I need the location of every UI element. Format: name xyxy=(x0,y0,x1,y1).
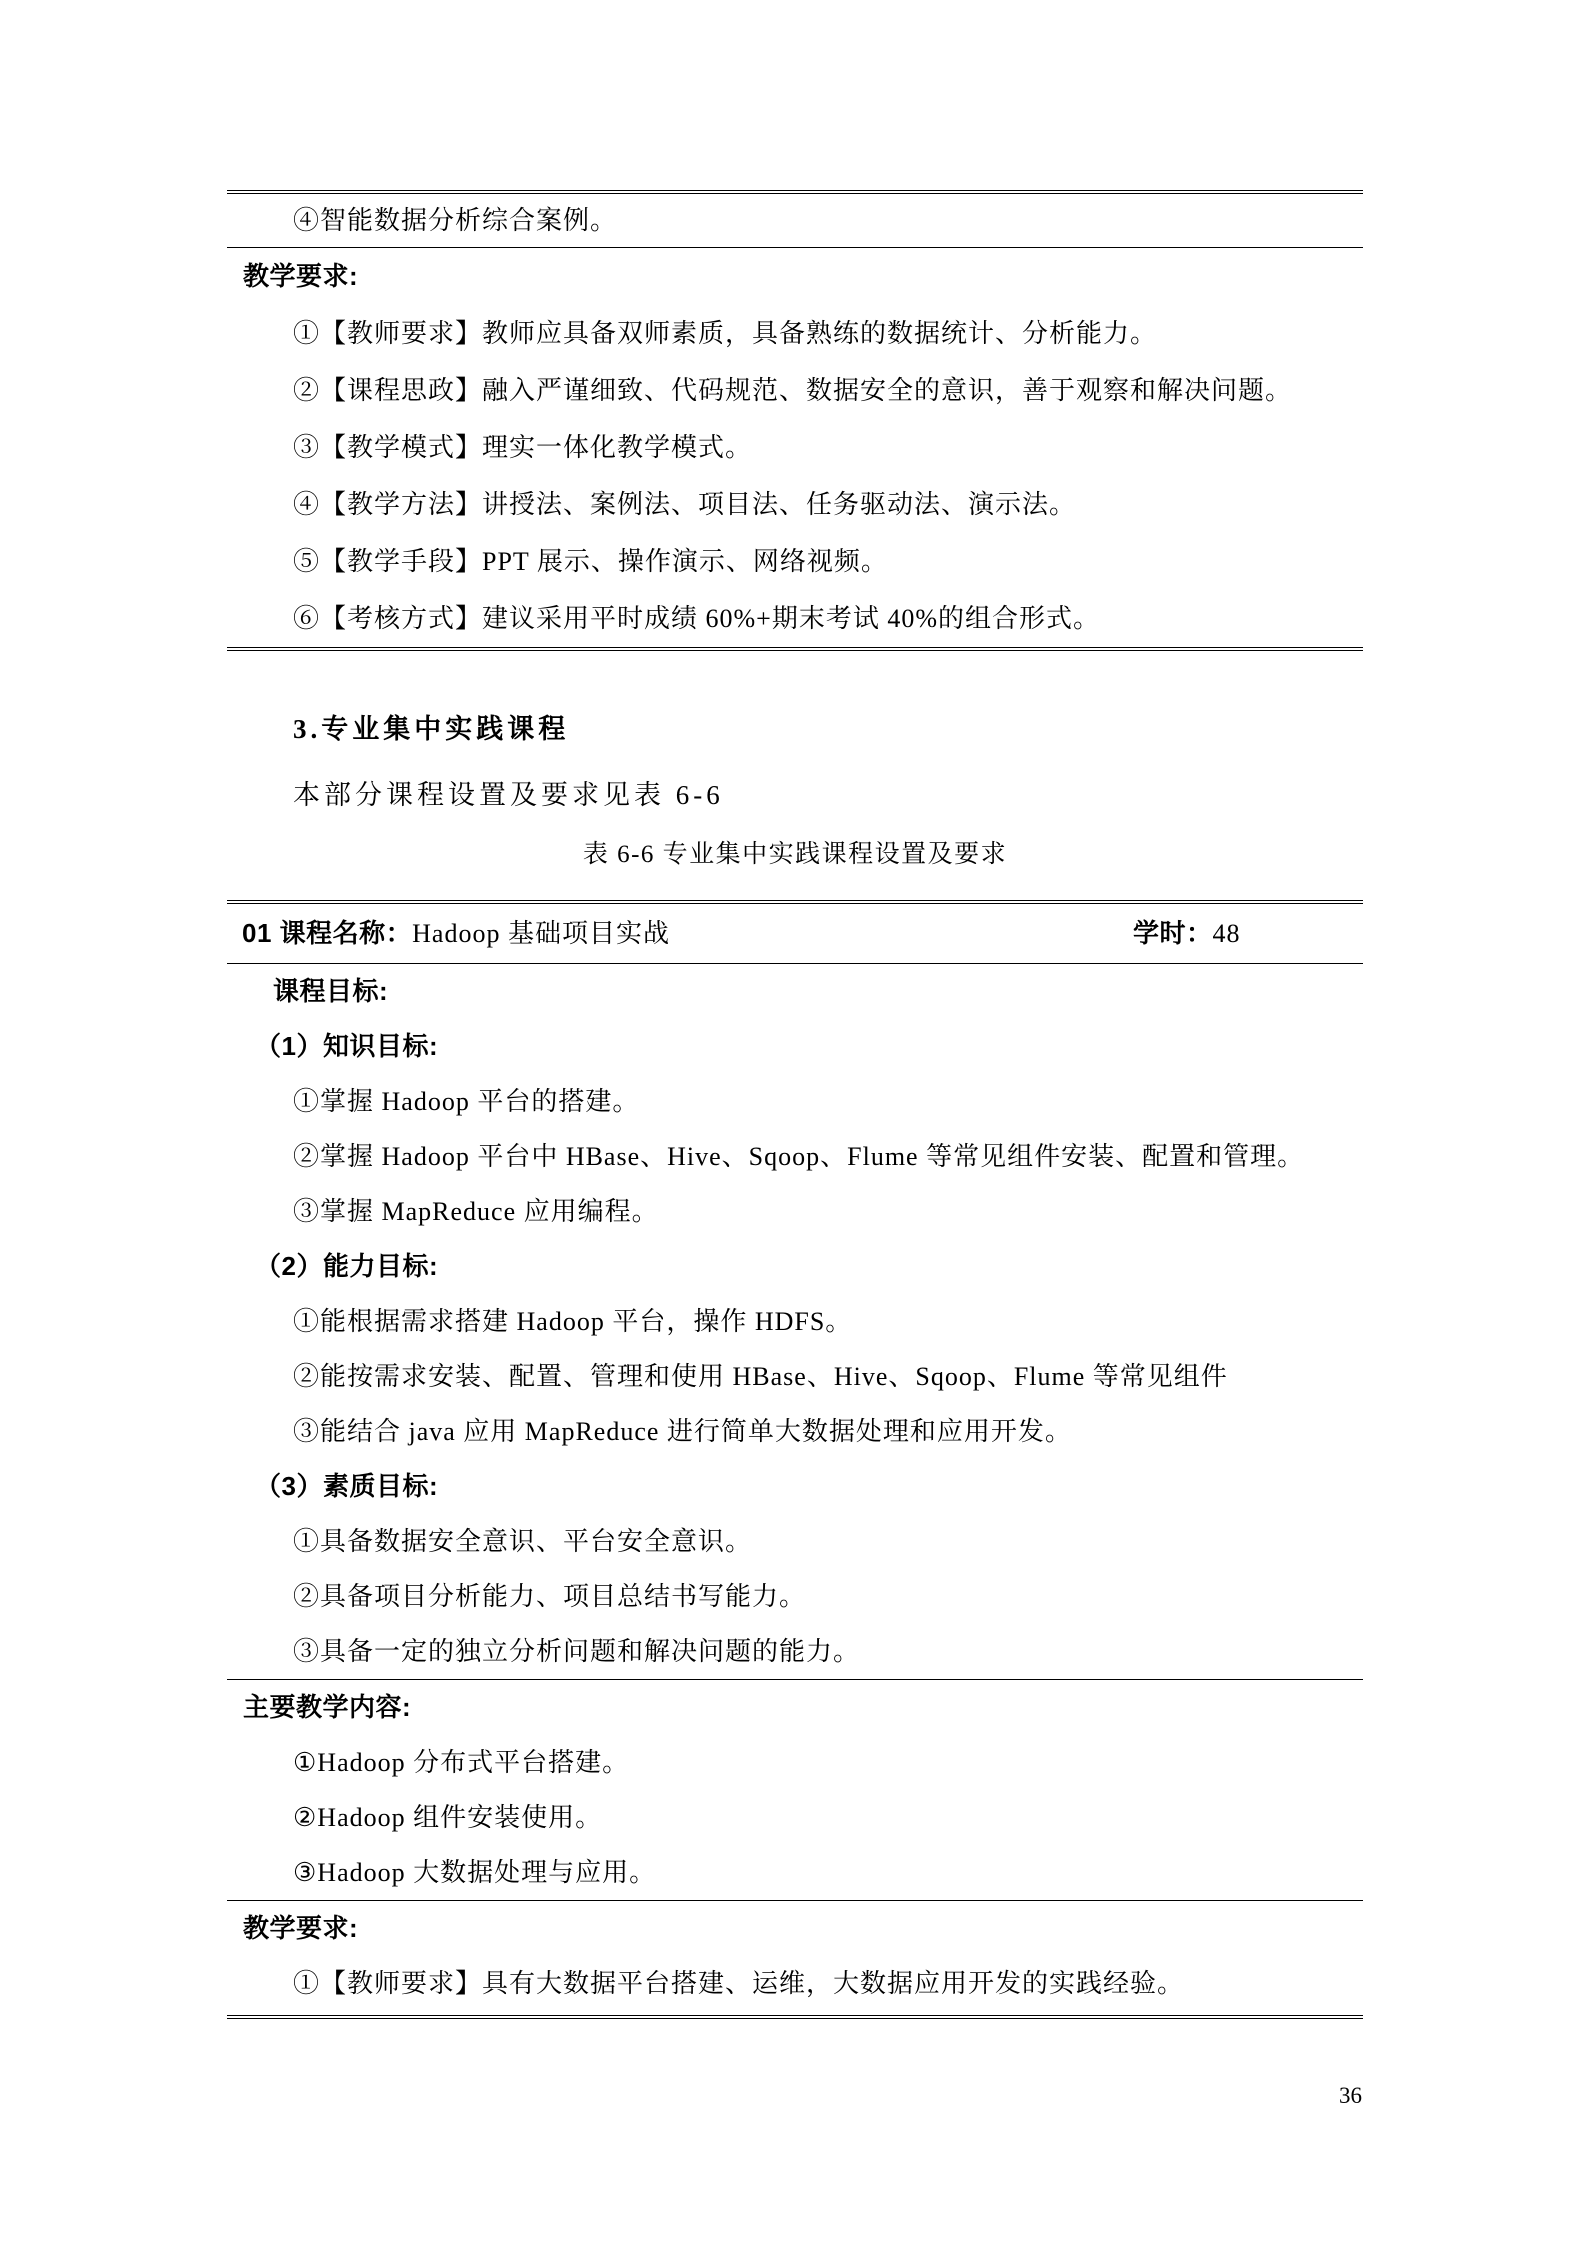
course-objectives-section: 课程目标: （1）知识目标: ①掌握 Hadoop 平台的搭建。 ②掌握 Had… xyxy=(227,964,1363,1679)
hours-value: 48 xyxy=(1213,919,1241,948)
prev-table-teaching-requirements: 教学要求: ①【教师要求】教师应具备双师素质，具备熟练的数据统计、分析能力。 ②… xyxy=(227,248,1363,647)
section-intro: 本部分课程设置及要求见表 6-6 xyxy=(227,774,1363,816)
objective-group-label: （1）知识目标: xyxy=(227,1019,1363,1074)
content-item: ②Hadoop 组件安装使用。 xyxy=(227,1790,1363,1845)
teaching-requirement-item: ②【课程思政】融入严谨细致、代码规范、数据安全的意识，善于观察和解决问题。 xyxy=(227,362,1363,419)
hours-label: 学时： xyxy=(1133,918,1213,948)
objective-item: ②掌握 Hadoop 平台中 HBase、Hive、Sqoop、Flume 等常… xyxy=(227,1129,1363,1184)
objective-item: ①能根据需求搭建 Hadoop 平台，操作 HDFS。 xyxy=(227,1294,1363,1349)
objective-item: ②能按需求安装、配置、管理和使用 HBase、Hive、Sqoop、Flume … xyxy=(227,1349,1363,1404)
page-number: 36 xyxy=(1339,2084,1362,2108)
objective-item: ①掌握 Hadoop 平台的搭建。 xyxy=(227,1074,1363,1129)
document-page: ④智能数据分析综合案例。 教学要求: ①【教师要求】教师应具备双师素质，具备熟练… xyxy=(0,0,1587,2245)
teaching-requirement-item: ①【教师要求】具有大数据平台搭建、运维，大数据应用开发的实践经验。 xyxy=(227,1956,1363,2011)
course-teaching-requirements-section: 教学要求: ①【教师要求】具有大数据平台搭建、运维，大数据应用开发的实践经验。 xyxy=(227,1901,1363,2015)
table-bottom-double-rule xyxy=(227,2015,1363,2019)
prev-table-content-item: ④智能数据分析综合案例。 xyxy=(227,194,1363,247)
teaching-requirements-label: 教学要求: xyxy=(227,1901,1363,1956)
objective-item: ②具备项目分析能力、项目总结书写能力。 xyxy=(227,1569,1363,1624)
objective-item: ③掌握 MapReduce 应用编程。 xyxy=(227,1184,1363,1239)
objectives-label: 课程目标: xyxy=(227,964,1363,1019)
teaching-requirement-item: ①【教师要求】教师应具备双师素质，具备熟练的数据统计、分析能力。 xyxy=(227,305,1363,362)
content-item: ①Hadoop 分布式平台搭建。 xyxy=(227,1735,1363,1790)
course-table-6-6: 01 课程名称：Hadoop 基础项目实战 学时：48 课程目标: （1）知识目… xyxy=(227,900,1363,2019)
teaching-requirements-label: 教学要求: xyxy=(227,248,1363,305)
objective-item: ③能结合 java 应用 MapReduce 进行简单大数据处理和应用开发。 xyxy=(227,1404,1363,1459)
teaching-requirement-item: ③【教学模式】理实一体化教学模式。 xyxy=(227,419,1363,476)
course-no-label: 01 课程名称： xyxy=(242,918,412,948)
course-header-left: 01 课程名称：Hadoop 基础项目实战 xyxy=(227,918,670,948)
objective-group-label: （2）能力目标: xyxy=(227,1239,1363,1294)
course-content-section: 主要教学内容: ①Hadoop 分布式平台搭建。 ②Hadoop 组件安装使用。… xyxy=(227,1680,1363,1900)
objective-group-label: （3）素质目标: xyxy=(227,1459,1363,1514)
objective-item: ①具备数据安全意识、平台安全意识。 xyxy=(227,1514,1363,1569)
teaching-requirement-item: ④【教学方法】讲授法、案例法、项目法、任务驱动法、演示法。 xyxy=(227,476,1363,533)
objective-item: ③具备一定的独立分析问题和解决问题的能力。 xyxy=(227,1624,1363,1679)
content-label: 主要教学内容: xyxy=(227,1680,1363,1735)
course-hours: 学时：48 xyxy=(1133,904,1241,963)
teaching-requirement-item: ⑤【教学手段】PPT 展示、操作演示、网络视频。 xyxy=(227,533,1363,590)
course-header-row: 01 课程名称：Hadoop 基础项目实战 学时：48 xyxy=(227,904,1363,963)
teaching-requirement-item: ⑥【考核方式】建议采用平时成绩 60%+期末考试 40%的组合形式。 xyxy=(227,590,1363,647)
content-item: ③Hadoop 大数据处理与应用。 xyxy=(227,1845,1363,1900)
page-content: ④智能数据分析综合案例。 教学要求: ①【教师要求】教师应具备双师素质，具备熟练… xyxy=(227,0,1363,2019)
section-heading: 3.专业集中实践课程 xyxy=(227,651,1363,750)
table-caption: 表 6-6 专业集中实践课程设置及要求 xyxy=(227,834,1363,876)
top-margin xyxy=(227,0,1363,190)
course-name: Hadoop 基础项目实战 xyxy=(412,919,670,948)
